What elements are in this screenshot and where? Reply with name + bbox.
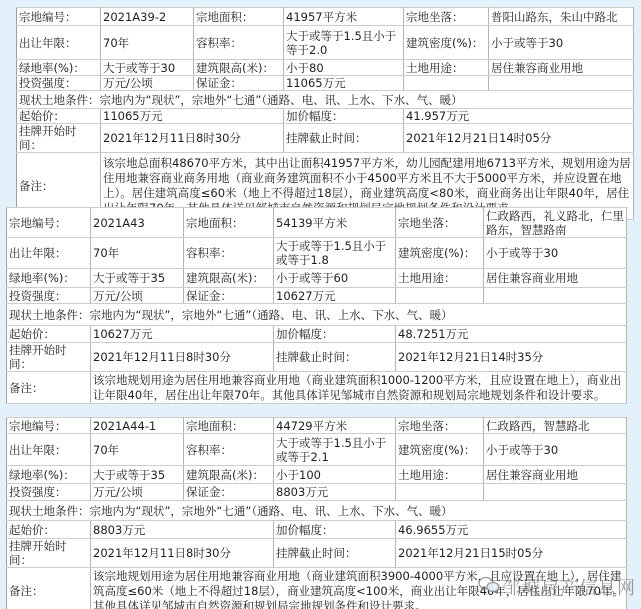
parcel-no-label: 宗地编号： (17, 8, 101, 26)
location-label: 宗地坐落： (396, 418, 484, 434)
invest-label: 投资强度： (17, 76, 101, 91)
location-label: 宗地坐落： (396, 208, 484, 238)
area-label: 宗地面积： (184, 418, 274, 434)
end-time-label: 挂牌截止时间： (274, 539, 396, 568)
increment-value: 48.7251万元 (396, 326, 627, 343)
end-time-value: 2021年12月21日15时05分 (396, 539, 627, 568)
increment-label: 加价幅度： (284, 109, 404, 124)
empty-cell (489, 76, 634, 91)
density-label: 建筑密度(%)： (396, 238, 484, 269)
far-value: 大于或等于1.5且小于或等于1.8 (274, 238, 396, 269)
term-label: 出让年限： (7, 238, 91, 269)
location-label: 宗地坐落： (404, 8, 489, 26)
use-value: 居住兼容商业用地 (484, 269, 627, 288)
far-label: 容积率： (184, 434, 274, 466)
deposit-value: 11065万元 (284, 76, 404, 91)
parcel-no-label: 宗地编号： (7, 418, 91, 434)
green-value: 大于或等于30 (101, 60, 194, 76)
green-value: 大于或等于35 (91, 269, 184, 288)
end-time-label: 挂牌截止时间： (274, 343, 396, 372)
area-label: 宗地面积： (184, 208, 274, 238)
start-time-value: 2021年12月11日8时30分 (91, 539, 274, 568)
condition-row: 现状土地条件：宗地内为“现状”，宗地外“七通”（通路、电、讯、上水、下水、气、暖… (7, 501, 627, 521)
parcel-table-1: 宗地编号： 2021A39-2 宗地面积： 41957平方米 宗地坐落： 普阳山… (16, 7, 634, 220)
condition-label: 现状土地条件： (9, 308, 90, 322)
term-label: 出让年限： (7, 434, 91, 466)
start-time-value: 2021年12月11日8时30分 (101, 124, 284, 153)
use-value: 居住兼容商业用地 (484, 466, 627, 484)
far-value: 大于或等于1.5且小于或等于2.1 (274, 434, 396, 466)
far-value: 大于或等于1.5且小于等于2.0 (284, 26, 404, 60)
height-value: 小于100 (274, 466, 396, 484)
condition-row: 现状土地条件：宗地内为“现状”，宗地外“七通”（通路、电、讯、上水、下水、气、暖… (17, 91, 634, 109)
parcel-table-3: 宗地编号： 2021A44-1 宗地面积： 44729平方米 宗地坐落： 仁政路… (6, 417, 627, 609)
remarks-label: 备注： (7, 568, 91, 609)
empty-cell (396, 484, 484, 501)
end-time-value: 2021年12月21日14时35分 (396, 343, 627, 372)
term-value: 70年 (91, 238, 184, 269)
remarks-label: 备注： (7, 372, 91, 404)
increment-label: 加价幅度： (274, 521, 396, 539)
parcel-no-value: 2021A39-2 (101, 8, 194, 26)
location-value: 仁政路西，智慧路北 (484, 418, 627, 434)
deposit-value: 8803万元 (274, 484, 396, 501)
empty-cell (484, 484, 627, 501)
area-value: 41957平方米 (284, 8, 404, 26)
remarks-value: 该宗地规划用途为居住用地兼容商业用地（商业建筑面积3900-4000平方米，且应… (91, 568, 627, 609)
remarks-value: 该宗地规划用途为居住用地兼容商业用地（商业建筑面积1000-1200平方米，且应… (91, 372, 627, 404)
green-value: 大于或等于35 (91, 466, 184, 484)
end-time-value: 2021年12月21日14时05分 (404, 124, 634, 153)
use-label: 土地用途： (396, 269, 484, 288)
height-label: 建筑限高(米)： (184, 466, 274, 484)
density-value: 小于或等于30 (484, 434, 627, 466)
condition-label: 现状土地条件： (9, 504, 90, 518)
deposit-label: 保证金： (184, 484, 274, 501)
far-label: 容积率： (194, 26, 284, 60)
start-price-label: 起始价： (17, 109, 101, 124)
condition-value: 宗地内为“现状”，宗地外“七通”（通路、电、讯、上水、下水、气、暖） (100, 93, 463, 107)
deposit-label: 保证金： (194, 76, 284, 91)
start-time-value: 2021年12月11日8时30分 (91, 343, 274, 372)
deposit-value: 10627万元 (274, 288, 396, 304)
empty-cell (484, 288, 627, 304)
far-label: 容积率： (184, 238, 274, 269)
start-time-label: 挂牌开始时间： (7, 343, 91, 372)
use-label: 土地用途： (404, 60, 489, 76)
use-label: 土地用途： (396, 466, 484, 484)
green-label: 绿地率(%)： (7, 269, 91, 288)
term-label: 出让年限： (17, 26, 101, 60)
start-time-label: 挂牌开始时间： (7, 539, 91, 568)
density-label: 建筑密度(%)： (396, 434, 484, 466)
location-value: 普阳山路东，朱山中路北 (489, 8, 634, 26)
height-label: 建筑限高(米)： (184, 269, 274, 288)
invest-value: 万元/公顷 (101, 76, 194, 91)
end-time-label: 挂牌截止时间： (284, 124, 404, 153)
condition-label: 现状土地条件： (19, 93, 100, 107)
increment-value: 46.9655万元 (396, 521, 627, 539)
parcel-no-label: 宗地编号： (7, 208, 91, 238)
height-label: 建筑限高(米)： (194, 60, 284, 76)
density-label: 建筑密度(%)： (404, 26, 489, 60)
increment-value: 41.957万元 (404, 109, 634, 124)
invest-label: 投资强度： (7, 288, 91, 304)
density-value: 小于或等于30 (484, 238, 627, 269)
empty-cell (396, 288, 484, 304)
condition-row: 现状土地条件：宗地内为“现状”，宗地外“七通”（通路、电、讯、上水、下水、气、暖… (7, 304, 627, 326)
area-value: 54139平方米 (274, 208, 396, 238)
height-value: 小于或等于60 (274, 269, 396, 288)
invest-value: 万元/公顷 (91, 288, 184, 304)
start-price-value: 10627万元 (91, 326, 274, 343)
start-price-value: 11065万元 (101, 109, 284, 124)
height-value: 小于80 (284, 60, 404, 76)
location-value: 仁政路西，礼义路北，仁里路东，智慧路南 (484, 208, 627, 238)
area-value: 44729平方米 (274, 418, 396, 434)
use-value: 居住兼容商业用地 (489, 60, 634, 76)
start-price-label: 起始价： (7, 326, 91, 343)
green-label: 绿地率(%)： (7, 466, 91, 484)
start-price-value: 8803万元 (91, 521, 274, 539)
empty-cell (404, 76, 489, 91)
invest-label: 投资强度： (7, 484, 91, 501)
condition-value: 宗地内为“现状”，宗地外“七通”（通路、电、讯、上水、下水、气、暖） (90, 504, 453, 518)
density-value: 小于或等于30 (489, 26, 634, 60)
parcel-no-value: 2021A43 (91, 208, 184, 238)
parcel-table-2: 宗地编号： 2021A43 宗地面积： 54139平方米 宗地坐落： 仁政路西，… (6, 207, 627, 404)
area-label: 宗地面积： (194, 8, 284, 26)
parcel-no-value: 2021A44-1 (91, 418, 184, 434)
green-label: 绿地率(%)： (17, 60, 101, 76)
term-value: 70年 (91, 434, 184, 466)
deposit-label: 保证金： (184, 288, 274, 304)
condition-value: 宗地内为“现状”，宗地外“七通”（通路、电、讯、上水、下水、气、暖） (90, 308, 453, 322)
term-value: 70年 (101, 26, 194, 60)
invest-value: 万元/公顷 (91, 484, 184, 501)
start-time-label: 挂牌开始时间： (17, 124, 101, 153)
start-price-label: 起始价： (7, 521, 91, 539)
increment-label: 加价幅度： (274, 326, 396, 343)
